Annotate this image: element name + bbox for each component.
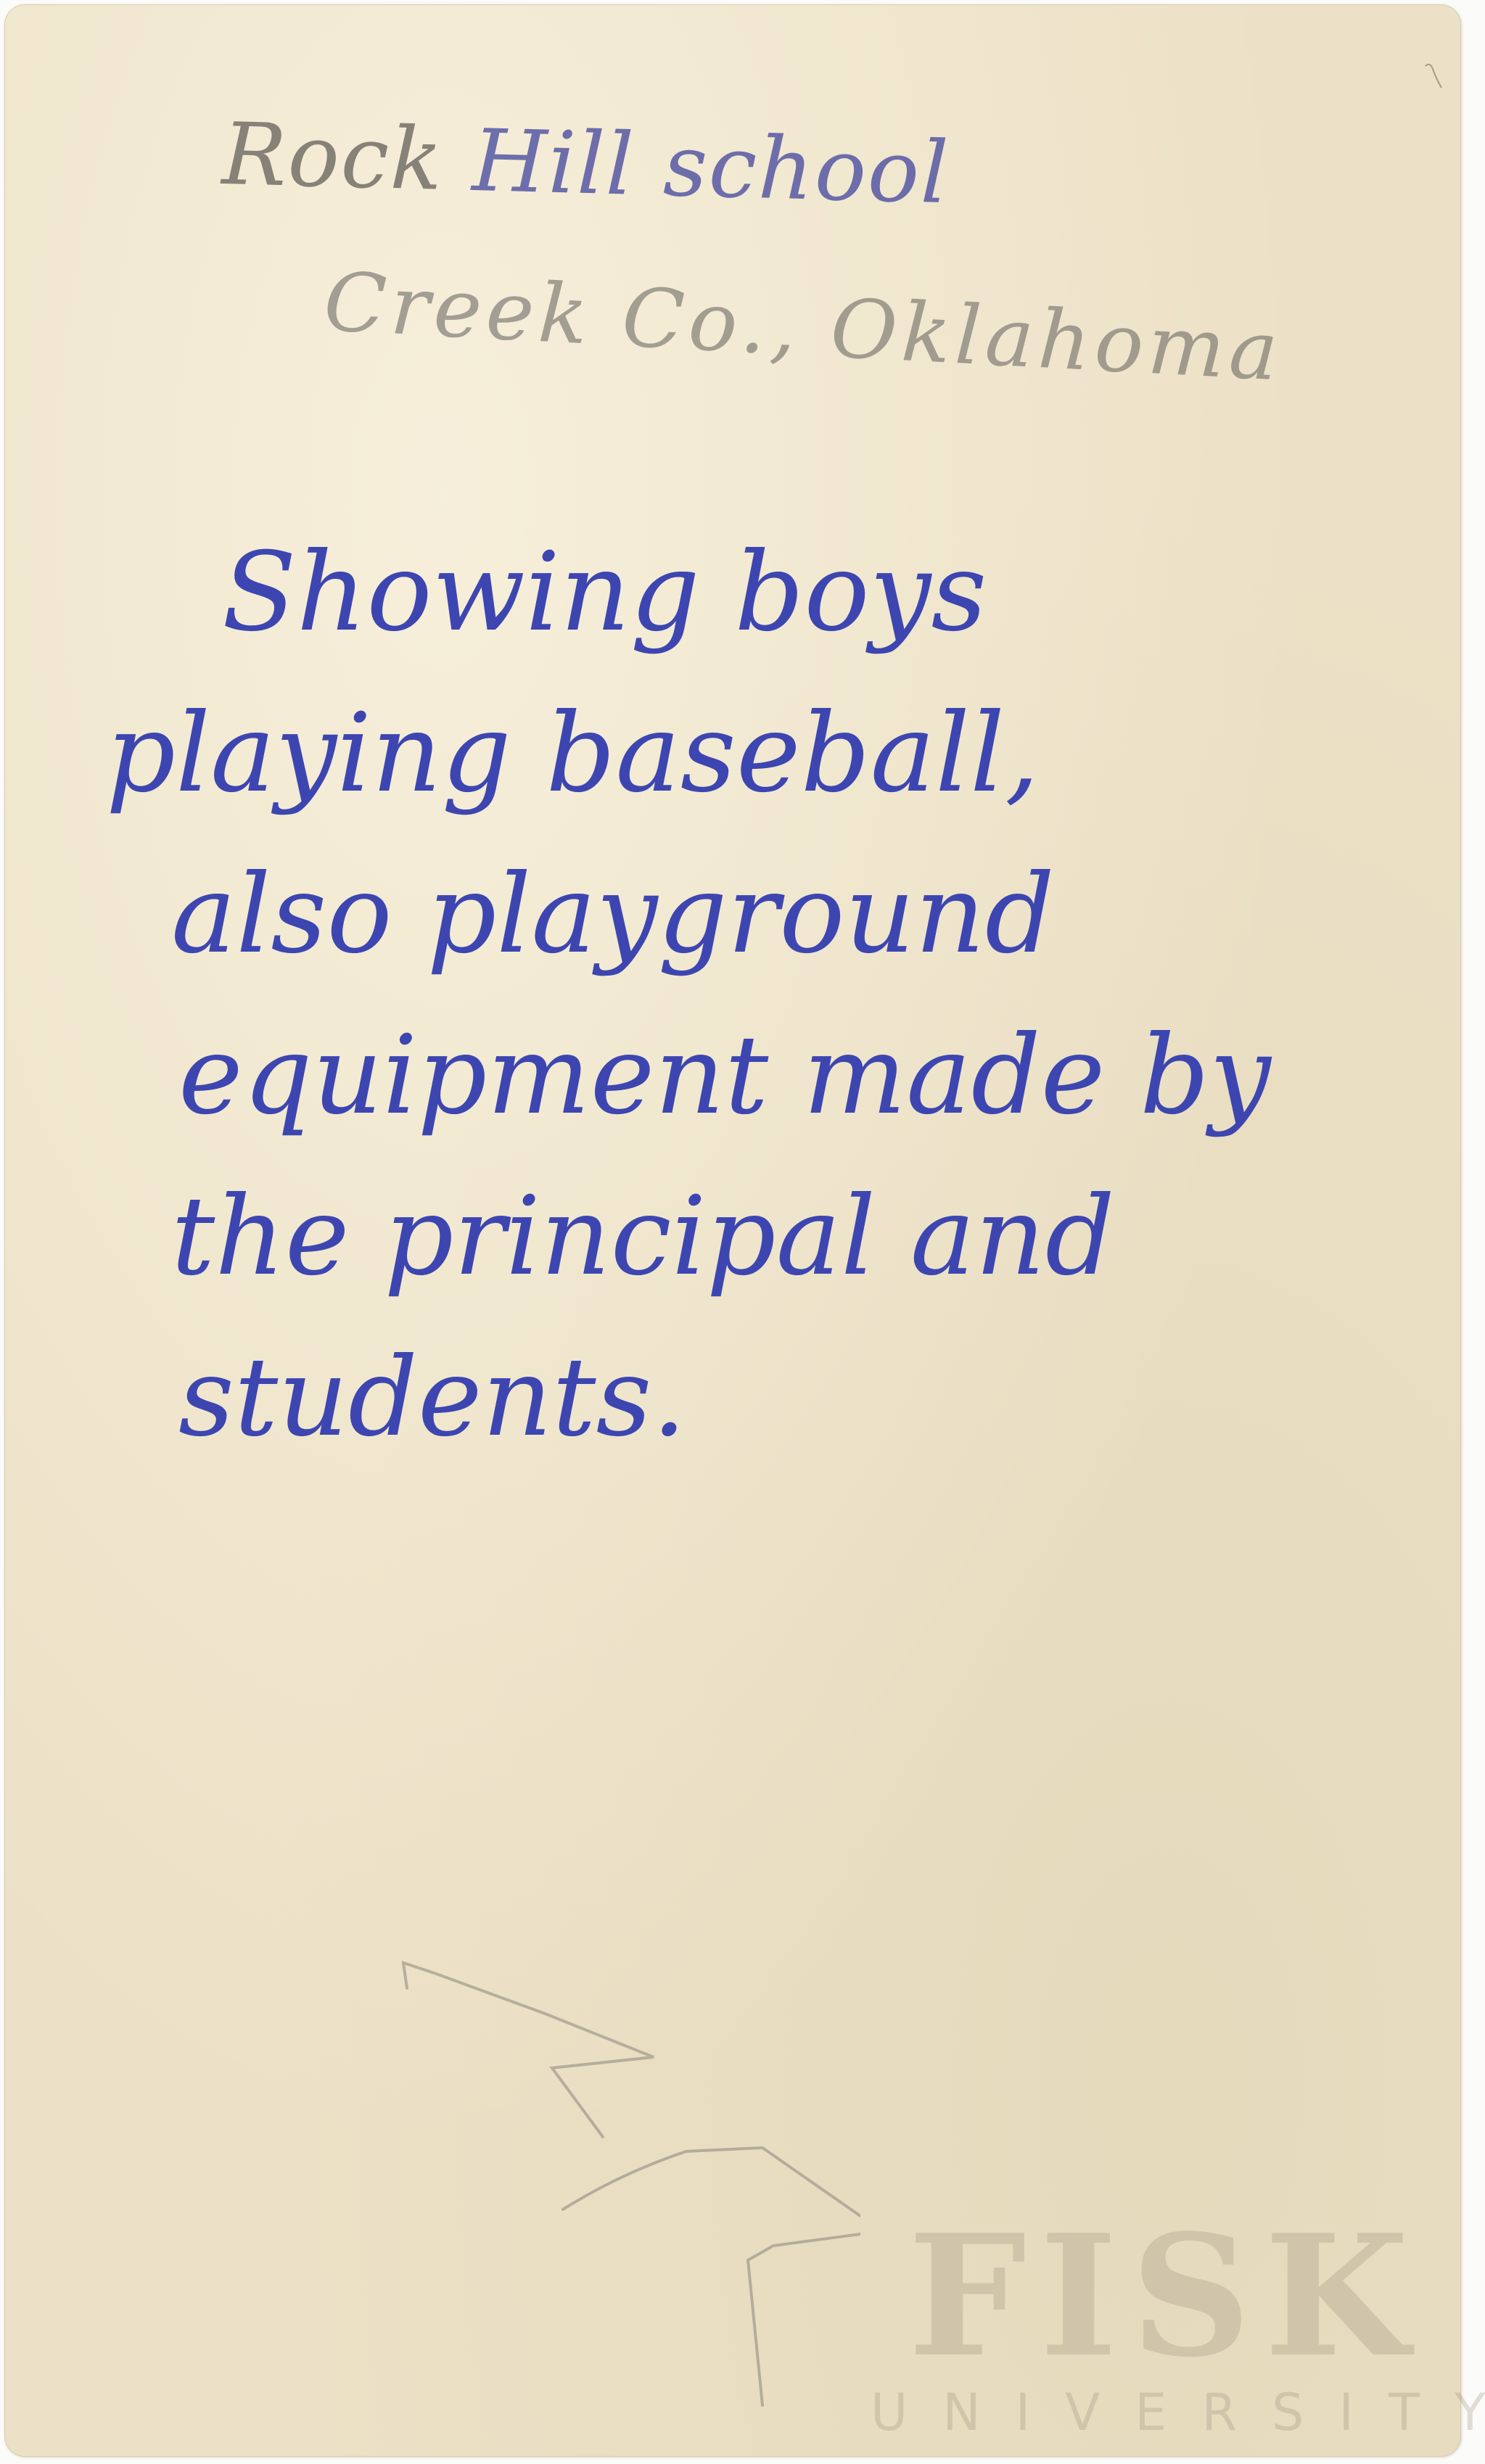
archival-card: Rock Hill school Creek Co., Oklahoma Sho… (4, 4, 1461, 2457)
description-line: students. (106, 1317, 1426, 1478)
description-line: playing baseball, (106, 673, 1426, 834)
caption-title-ink: Hill school (471, 110, 950, 223)
description-line: also playground (106, 834, 1426, 995)
pencil-sketch-arrows-icon (367, 1912, 860, 2463)
caption-description: Showing boys playing baseball, also play… (106, 512, 1426, 1478)
watermark-name: FISK (853, 2209, 1477, 2383)
description-line: equipment made by (106, 995, 1426, 1156)
caption-title-pencil: Rock (221, 104, 473, 210)
caption-title: Rock Hill school (221, 104, 950, 223)
pencil-mark-icon (1423, 59, 1444, 102)
fisk-university-watermark: FISK UNIVERSITY (853, 2209, 1477, 2456)
watermark-subtitle: UNIVERSITY (853, 2383, 1477, 2442)
caption-location: Creek Co., Oklahoma (322, 255, 1285, 399)
description-line: the principal and (106, 1156, 1426, 1317)
description-line: Showing boys (106, 512, 1426, 673)
